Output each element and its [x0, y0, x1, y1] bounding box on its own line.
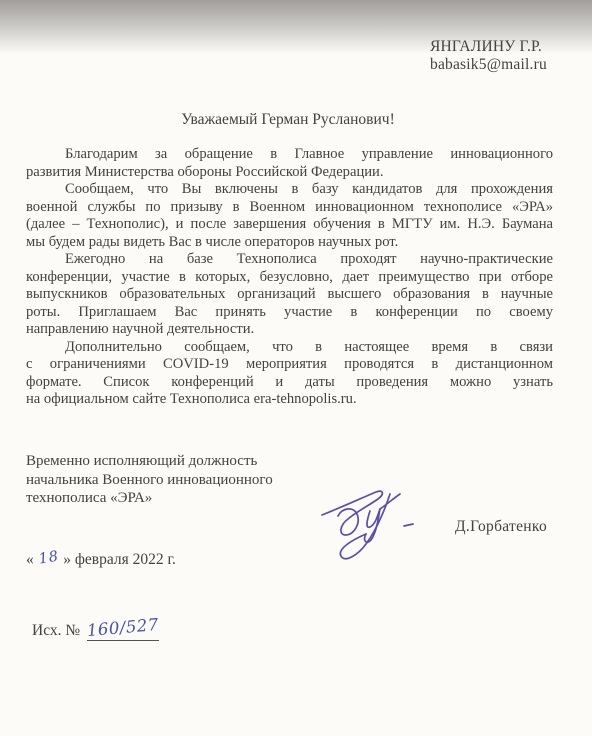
- body-line: конференции, участие в которых, безуслов…: [26, 269, 553, 287]
- signoff-block: Временно исполняющий должность начальник…: [26, 452, 273, 508]
- body-line: роты. Приглашаем Вас принять участие в к…: [26, 304, 553, 322]
- date-close-quote: »: [63, 551, 71, 568]
- salutation: Уважаемый Герман Русланович!: [0, 111, 576, 129]
- paragraph: Сообщаем, что Вы включены в базу кандида…: [26, 181, 553, 251]
- letter-body: Благодарим за обращение в Главное управл…: [26, 146, 553, 409]
- body-line: Дополнительно сообщаем, что в настоящее …: [26, 339, 553, 357]
- body-line: (далее – Технополис), и после завершения…: [26, 216, 553, 234]
- recipient-name: ЯНГАЛИНУ Г.Р.: [430, 38, 547, 56]
- outgoing-number-handwritten: 160/527: [86, 615, 159, 640]
- outgoing-number-line: Исх. №160/527: [32, 620, 159, 641]
- body-line: мы будем рады видеть Вас в числе операто…: [26, 234, 553, 252]
- recipient-block: ЯНГАЛИНУ Г.Р. babasik5@mail.ru: [430, 38, 547, 73]
- body-line: направлению научной деятельности.: [26, 321, 553, 339]
- paragraph: Дополнительно сообщаем, что в настоящее …: [26, 339, 553, 409]
- signoff-line: технополиса «ЭРА»: [26, 489, 273, 508]
- outgoing-number-blank: 160/527: [87, 620, 159, 641]
- body-line: с ограничениями COVID-19 мероприятия про…: [26, 356, 553, 374]
- paragraph: Ежегодно на базе Технополиса проходят на…: [26, 251, 553, 339]
- signoff-line: начальника Военного инновационного: [26, 471, 273, 490]
- date-open-quote: «: [26, 551, 34, 568]
- signoff-line: Временно исполняющий должность: [26, 452, 273, 471]
- paragraph: Благодарим за обращение в Главное управл…: [26, 146, 553, 181]
- body-line: военной службы по призыву в Военном инно…: [26, 199, 553, 217]
- outgoing-number-label: Исх. №: [32, 622, 80, 639]
- letter-page: ЯНГАЛИНУ Г.Р. babasik5@mail.ru Уважаемый…: [0, 0, 592, 736]
- recipient-email: babasik5@mail.ru: [430, 56, 547, 74]
- body-line: выпускников образовательных организаций …: [26, 286, 553, 304]
- body-line: формате. Список конференций и даты прове…: [26, 374, 553, 392]
- body-line: на официальном сайте Технополиса era-teh…: [26, 391, 553, 409]
- date-day-handwritten: 18: [37, 549, 60, 568]
- body-line: Благодарим за обращение в Главное управл…: [26, 146, 553, 164]
- date-suffix: февраля 2022 г.: [71, 551, 176, 568]
- body-line: Сообщаем, что Вы включены в базу кандида…: [26, 181, 553, 199]
- signer-name: Д.Горбатенко: [0, 518, 547, 536]
- date-line: «18» февраля 2022 г.: [26, 551, 176, 569]
- body-line: развития Министерства обороны Российской…: [26, 164, 553, 182]
- body-line: Ежегодно на базе Технополиса проходят на…: [26, 251, 553, 269]
